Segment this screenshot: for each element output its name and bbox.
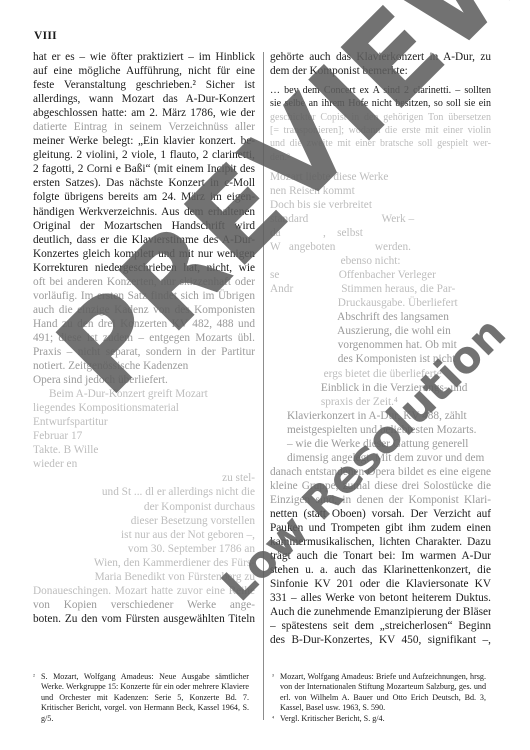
text-line: auch die einzige Kadenz von des Komponis… <box>33 303 255 317</box>
text-line: des Komponisten ist nicht <box>270 352 491 366</box>
text-line: folgte übrigens bereits am 24. März im e… <box>33 190 255 204</box>
text-line: oft bei anderen Konzerten, nur skizzenha… <box>33 275 255 289</box>
footnotes-left: ²S. Mozart, Wolfgang Amadeus: Neue Ausga… <box>33 672 253 724</box>
text-line: Donaueschingen. Mozart hatte zuvor eine … <box>33 584 255 598</box>
text-line: Einzigen sind, in denen der Komponist Kl… <box>270 493 491 507</box>
text-line: Beim A-Dur-Konzert greift Mozart <box>33 387 255 401</box>
footnote-marker: ² <box>33 672 41 682</box>
text-line: gehörte auch das Klavierkonzert in A-Dur… <box>270 50 491 64</box>
text-line: ist nur aus der Not geboren –, <box>33 528 255 542</box>
left-text-column: hat er es – wie öfter praktiziert – im H… <box>33 50 255 626</box>
text-line: ergs bietet die überlieferte <box>270 367 491 381</box>
text-line: deutlich, dass er die Klavierstimme des … <box>33 233 255 247</box>
footnote: ³Mozart, Wolfgang Amadeus: Briefe und Au… <box>272 672 490 714</box>
text-line: spraxis der Zeit.⁴ <box>270 395 491 409</box>
text-line: abgeschlossen hatte: am 2. März 1786, wi… <box>33 106 255 120</box>
text-line: kammermusikalischen, lichten Charakter. … <box>270 535 491 549</box>
text-line: 491; diese ist zudem – entgegen Mozarts … <box>33 331 255 345</box>
footnote-marker: ³ <box>272 672 280 682</box>
text-line: Andr Stimmen heraus, die Par- <box>270 282 491 296</box>
footnote-text: Vergl. Kritischer Bericht, S. g/4. <box>280 714 486 724</box>
text-line: standard Werk – <box>270 212 491 226</box>
text-line: feste Veranstaltung geschrieben.² Sicher… <box>33 78 255 92</box>
text-line: Doch bis sie verbreitet <box>270 198 491 212</box>
text-line: danach entstandenen Opera bildet es eine… <box>270 465 491 479</box>
footnote-text: Mozart, Wolfgang Amadeus: Briefe und Auf… <box>280 672 486 714</box>
text-line: datierte Eintrag in seinem Verzeichnüss … <box>33 120 255 134</box>
quote-line: geschickter Copist in den gehörigen Ton … <box>270 111 491 124</box>
footnote-text: S. Mozart, Wolfgang Amadeus: Neue Ausgab… <box>41 672 249 724</box>
text-line: Pauken und Trompeten gibt ihm zudem eine… <box>270 521 491 535</box>
text-line: Sinfonie KV 201 oder die Klaviersonate K… <box>270 577 491 591</box>
text-line: notiert. Zeitgenössische Kadenzen <box>33 359 255 373</box>
text-line: Takte. B Wille <box>33 443 255 457</box>
text-line: ersten Satzes). Das nächste Konzert in c… <box>33 176 255 190</box>
text-line: trägt auch die Tonart bei: Im warmen A-D… <box>270 549 491 563</box>
quote-line: [= transponieren]; wodann die erste mit … <box>270 124 491 137</box>
text-line: Maria Benedikt von Fürstenberg zu <box>33 570 255 584</box>
text-line: Praxis – nicht separat, sondern in der P… <box>33 345 255 359</box>
text-line: gleitung. 2 violini, 2 viole, 1 flauto, … <box>33 148 255 162</box>
text-line: liegendes Kompositionsmaterial <box>33 401 255 415</box>
text-line: Auszierung, die wohl ein <box>270 324 491 338</box>
text-line: Auch die zunehmende Emanzipierung der Bl… <box>270 605 491 619</box>
text-line: auf eine mögliche Aufführung, nicht für … <box>33 64 255 78</box>
text-line: Korrekturen niedergeschrieben hat, nicht… <box>33 261 255 275</box>
text-line: stehen u. a. auch das Klarinettenkonzert… <box>270 563 491 577</box>
text-line: vorgenommen hat. Ob mit <box>270 338 491 352</box>
text-line: Original der Mozartschen Handschrift wir… <box>33 219 255 233</box>
text-line: Abschrift des langsamen <box>270 310 491 324</box>
quote-line: den.³ <box>270 151 491 164</box>
quote-line: sie selbe an ihrem Hofe nicht besitzen, … <box>270 97 491 110</box>
text-line: Februar 17 <box>33 429 255 443</box>
text-line: da , selbst <box>270 226 491 240</box>
text-line: kleine Gruppe, zumal diese drei Solostüc… <box>270 479 491 493</box>
text-line: Mozart liebte diese Werke <box>270 170 491 184</box>
text-line: vorläufig. Im ersten Satz findet sich im… <box>33 289 255 303</box>
page-number: VIII <box>34 30 57 42</box>
text-line: vom 30. September 1786 an <box>33 542 255 556</box>
text-line: der Komponist durchaus <box>33 500 255 514</box>
text-line: Opera sind jedoch überliefert. <box>33 373 255 387</box>
text-line: 2 fagotti, 2 Corni e Baßi“ (mit einem In… <box>33 162 255 176</box>
text-line: meiner Werke belegt: „Ein klavier konzer… <box>33 134 255 148</box>
right-text-column: gehörte auch das Klavierkonzert in A-Dur… <box>270 50 491 647</box>
text-line: dem der Komponist bemerkte: <box>270 64 491 78</box>
text-line: dimensig angelegt. Mit dem zuvor und dem <box>270 451 491 465</box>
text-line: und St ... dl er allerdings nicht die <box>33 485 255 499</box>
text-line: se Offenbacher Verleger <box>270 268 491 282</box>
text-line: nen Reisen kommt <box>270 184 491 198</box>
text-line: händigen Werkverzeichnis. Aus dem erhalt… <box>33 205 255 219</box>
text-line: Entwurfspartitur <box>33 415 255 429</box>
quote-line: … bey dem Concert ex A sind 2 clarinetti… <box>270 84 491 97</box>
text-line: netten (statt Oboen) vorsah. Der Verzich… <box>270 507 491 521</box>
text-line: boten. Zu den vom Fürsten ausgewählten T… <box>33 612 255 626</box>
text-line: allerdings, wann Mozart das A-Dur-Konzer… <box>33 92 255 106</box>
column-divider <box>263 52 264 720</box>
footnote-marker: ⁴ <box>272 714 280 724</box>
text-line: von Kopien verschiedener Werke ange- <box>33 598 255 612</box>
text-line: 331 – alles Werke von betont heiterem Du… <box>270 591 491 605</box>
footnote: ⁴Vergl. Kritischer Bericht, S. g/4. <box>272 714 490 724</box>
text-line: – wie die Werke dieser Gattung generell <box>270 437 491 451</box>
text-line: Einblick in die Verzierungs- und <box>270 381 491 395</box>
text-line: W angeboten werden. <box>270 240 491 254</box>
text-line: Konzertes gleich komplett und mit nur we… <box>33 247 255 261</box>
text-line: des B-Dur-Konzertes, KV 450, signifikant… <box>270 633 491 647</box>
text-line: dieser Besetzung vorstellen <box>33 514 255 528</box>
text-line: Wien, den Kammerdiener des Fürs- <box>33 556 255 570</box>
text-line: Druckausgabe. Überliefert <box>270 296 491 310</box>
text-line: zu stel- <box>33 471 255 485</box>
text-line: ebenso nicht: <box>270 254 491 268</box>
text-line: wieder en <box>33 457 255 471</box>
letter-quote: … bey dem Concert ex A sind 2 clarinetti… <box>270 84 491 164</box>
document-page: VIII hat er es – wie öfter praktiziert –… <box>0 0 530 750</box>
text-line: meistgespielten und beliebtesten Mozarts… <box>270 423 491 437</box>
text-line: – spätestens seit dem „streicherlosen“ B… <box>270 619 491 633</box>
footnotes-right: ³Mozart, Wolfgang Amadeus: Briefe und Au… <box>272 672 490 724</box>
text-line: Hand zu den drei Konzerten KV 482, 488 u… <box>33 317 255 331</box>
footnote: ²S. Mozart, Wolfgang Amadeus: Neue Ausga… <box>33 672 253 724</box>
text-line: hat er es – wie öfter praktiziert – im H… <box>33 50 255 64</box>
text-line: Klavierkonzert in A-Dur, KV 488, zählt <box>270 409 491 423</box>
quote-line: und die zweite mit einer bratsche soll g… <box>270 137 491 150</box>
